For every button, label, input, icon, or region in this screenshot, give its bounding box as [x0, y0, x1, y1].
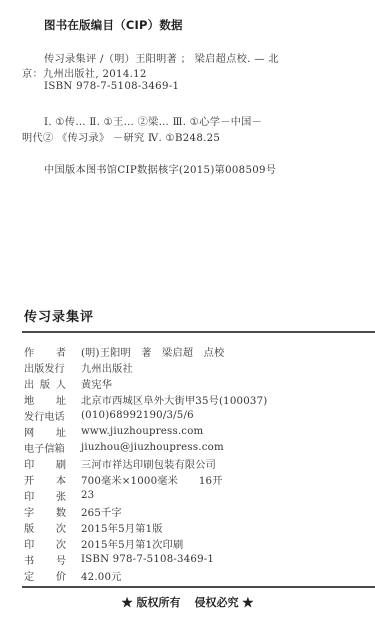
info-row-website: 网址 www.jiuzhoupress.com — [24, 423, 66, 439]
info-value: 北京市西城区阜外大街甲35号(100037) — [81, 392, 267, 407]
info-row-isbn: 书号 ISBN 978-7-5108-3469-1 — [24, 551, 66, 567]
info-value: ISBN 978-7-5108-3469-1 — [81, 554, 214, 565]
website-link: www.jiuzhoupress.com — [81, 426, 203, 437]
info-label: 版次 — [24, 520, 66, 535]
info-row-phone: 发行电话 (010)68992190/3/5/6 — [24, 407, 66, 423]
title-divider — [22, 331, 375, 333]
info-row-format: 开本 700毫米×1000毫米 16开 — [24, 471, 66, 487]
info-label: 网址 — [24, 424, 66, 439]
info-label: 定价 — [24, 568, 66, 583]
info-value: (010)68992190/3/5/6 — [81, 410, 194, 421]
info-value: 九州出版社 — [81, 360, 133, 375]
star-icon: ★ — [122, 596, 133, 609]
info-row-address: 地址 北京市西城区阜外大街甲35号(100037) — [24, 391, 66, 407]
book-title: 传习录集评 — [24, 306, 94, 325]
info-label: 发行电话 — [24, 408, 66, 423]
info-label: 书号 — [24, 552, 66, 567]
info-row-edition: 版次 2015年5月第1版 — [24, 519, 66, 535]
cip-line-classification-2: 明代② 《传习录》 －研究 Ⅳ. ①B248.25 — [22, 129, 220, 144]
info-value: 23 — [81, 490, 94, 501]
cip-verification-number: 中国版本图书馆CIP数据核字(2015)第008509号 — [44, 161, 276, 176]
copyright-text: 版权所有 — [137, 596, 181, 609]
info-value: 700毫米×1000毫米 16开 — [81, 472, 223, 487]
info-value: 三河市祥达印刷包装有限公司 — [81, 456, 216, 471]
info-label: 印次 — [24, 536, 66, 551]
info-value: 42.00元 — [81, 568, 122, 583]
info-row-email: 电子信箱 jiuzhou@jiuzhoupress.com — [24, 439, 66, 455]
info-row-price: 定价 42.00元 — [24, 567, 66, 583]
info-label: 印张 — [24, 488, 66, 503]
info-row-word-count: 字数 265千字 — [24, 503, 66, 519]
info-label: 地址 — [24, 392, 66, 407]
info-row-publisher: 出版发行 九州出版社 — [24, 359, 66, 375]
info-value: 265千字 — [81, 504, 122, 519]
cip-line-title: 传习录集评 /（明）王阳明著 ； 梁启超点校. — 北 — [44, 50, 279, 65]
info-value: 2015年5月第1次印刷 — [81, 536, 183, 551]
info-row-sheets: 印张 23 — [24, 487, 66, 503]
info-label: 电子信箱 — [24, 440, 66, 455]
cip-line-isbn: ISBN 978-7-5108-3469-1 — [44, 81, 179, 92]
info-label: 出版人 — [24, 376, 66, 391]
cip-line-classification-1: Ⅰ. ①传… Ⅱ. ①王… ②梁… Ⅲ. ①心学－中国－ — [44, 113, 262, 128]
info-row-printer: 印刷 三河市祥达印刷包装有限公司 — [24, 455, 66, 471]
info-label: 作者 — [24, 344, 66, 359]
info-label: 印刷 — [24, 456, 66, 471]
info-label: 开本 — [24, 472, 66, 487]
copyright-notice: ★ 版权所有侵权必究 ★ — [0, 594, 375, 610]
info-value: 黄宪华 — [81, 376, 112, 391]
info-row-printing: 印次 2015年5月第1次印刷 — [24, 535, 66, 551]
cip-line-publisher: 京：九州出版社, 2014.12 — [22, 65, 147, 80]
cip-heading: 图书在版编目（CIP）数据 — [44, 17, 183, 33]
info-label: 字数 — [24, 504, 66, 519]
footer-divider — [22, 586, 375, 588]
info-value: 2015年5月第1版 — [81, 520, 163, 535]
info-row-publisher-person: 出版人 黄宪华 — [24, 375, 66, 391]
star-icon: ★ — [242, 596, 253, 609]
info-row-author: 作者 (明)王阳明 著 梁启超 点校 — [24, 343, 66, 359]
info-value: (明)王阳明 著 梁启超 点校 — [81, 344, 224, 359]
email-address: jiuzhou@jiuzhoupress.com — [81, 442, 224, 453]
infringement-text: 侵权必究 — [195, 596, 239, 609]
info-label: 出版发行 — [24, 360, 66, 375]
